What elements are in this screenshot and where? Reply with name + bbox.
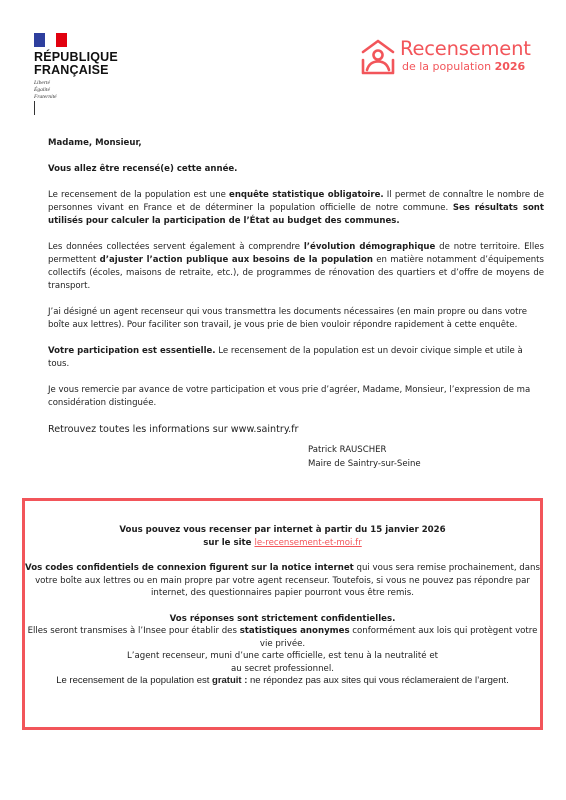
rf-name-line2: FRANÇAISE (34, 64, 144, 77)
motto-egalite: Égalité (34, 87, 144, 94)
census-logo: Recensement de la population 2026 (360, 38, 531, 76)
rf-motto: Liberté Égalité Fraternité (34, 80, 144, 101)
french-flag-icon (34, 33, 67, 47)
free-bold: gratuit : (212, 675, 247, 686)
republique-francaise-logo: RÉPUBLIQUE FRANÇAISE Liberté Égalité Fra… (34, 33, 144, 101)
census-website-link[interactable]: le-recensement-et-moi.fr (254, 538, 361, 548)
paragraph-obligation: Le recensement de la population est une … (48, 189, 544, 228)
census-logo-subtitle: de la population 2026 (402, 60, 531, 74)
p2-text-a: Les données collectées servent également… (48, 242, 304, 252)
census-year: 2026 (495, 60, 526, 73)
anonymous-stats-bold: statistiques anonymes (240, 626, 350, 636)
free-text-c: ne répondez pas aux sites qui vous récla… (247, 675, 508, 686)
online-census-notice: Vous pouvez vous recenser par internet à… (25, 524, 540, 549)
insee-text-a: Elles seront transmises à l’Insee pour é… (28, 626, 240, 636)
signatory-title: Maire de Saintry-sur-Seine (308, 458, 421, 472)
free-text-a: Le recensement de la population est (56, 675, 212, 686)
p1-bold-b: enquête statistique obligatoire. (229, 190, 384, 200)
agent-neutrality-line2: au secret professionnel. (25, 663, 540, 676)
p2-bold-d: d’ajuster l’action publique aux besoins … (100, 255, 373, 265)
paragraph-participation: Votre participation est essentielle. Le … (48, 345, 544, 371)
free-census-warning: Le recensement de la population est grat… (25, 675, 540, 688)
census-subtitle-text: de la population (402, 60, 495, 73)
signatory-name: Patrick RAUSCHER (308, 444, 421, 458)
agent-neutrality-line1: L’agent recenseur, muni d’une carte offi… (25, 650, 540, 663)
paragraph-demographics: Les données collectées servent également… (48, 241, 544, 293)
house-person-icon (360, 38, 396, 76)
paragraph-closing: Je vous remercie par avance de votre par… (48, 384, 544, 410)
signature-block: Patrick RAUSCHER Maire de Saintry-sur-Se… (308, 444, 421, 471)
confidentiality-notice: Vos réponses sont strictement confidenti… (25, 613, 540, 688)
website-line: Retrouvez toutes les informations sur ww… (48, 423, 544, 436)
p2-bold-b: l’évolution démographique (304, 242, 435, 252)
p1-text-a: Le recensement de la population est une (48, 190, 229, 200)
motto-fraternite: Fraternité (34, 94, 144, 101)
site-prefix: sur le site (203, 538, 254, 548)
p4-bold-a: Votre participation est essentielle. (48, 346, 216, 356)
notice-box: Vous pouvez vous recenser par internet à… (22, 498, 543, 730)
salutation: Madame, Monsieur, (48, 137, 544, 150)
codes-bold: Vos codes confidentiels de connexion fig… (25, 563, 354, 573)
motto-liberte: Liberté (34, 80, 144, 87)
confidential-title: Vos réponses sont strictement confidenti… (170, 614, 396, 624)
paragraph-agent: J’ai désigné un agent recenseur qui vous… (48, 306, 544, 332)
census-logo-title: Recensement (400, 38, 531, 60)
codes-notice: Vos codes confidentiels de connexion fig… (25, 562, 540, 600)
announcement: Vous allez être recensé(e) cette année. (48, 163, 544, 176)
letter-body: Madame, Monsieur, Vous allez être recens… (48, 137, 544, 449)
text-cursor (34, 101, 35, 115)
online-date-line: Vous pouvez vous recenser par internet à… (119, 525, 445, 535)
